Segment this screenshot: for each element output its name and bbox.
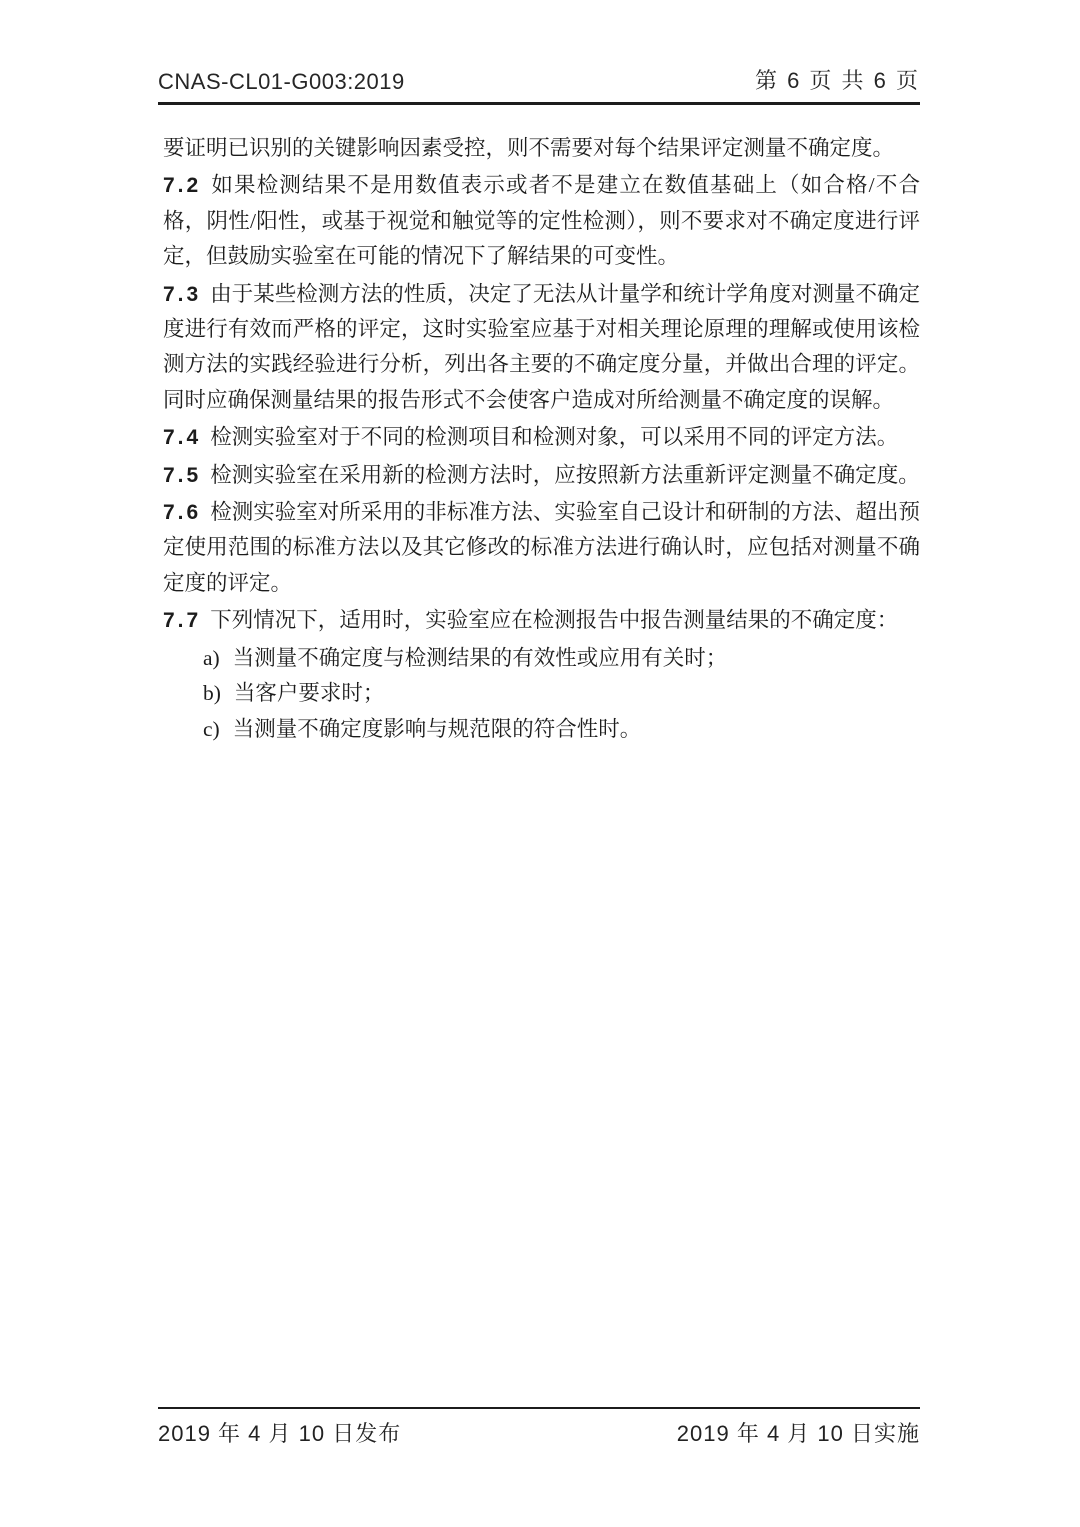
paragraph-7-2: 7.2如果检测结果不是用数值表示或者不是建立在数值基础上（如合格/不合格，阴性/… xyxy=(163,168,920,274)
paragraph-text: 下列情况下，适用时，实验室应在检测报告中报告测量结果的不确定度： xyxy=(210,608,898,632)
release-date: 2019 年 4 月 10 日发布 xyxy=(158,1417,401,1448)
paragraph-7-6: 7.6检测实验室对所采用的非标准方法、实验室自己设计和研制的方法、超出预定使用范… xyxy=(163,495,920,601)
section-number: 7.4 xyxy=(163,426,201,449)
paragraph-7-3: 7.3由于某些检测方法的性质，决定了无法从计量学和统计学角度对测量不确定度进行有… xyxy=(163,277,920,419)
page-footer: 2019 年 4 月 10 日发布 2019 年 4 月 10 日实施 xyxy=(158,1407,920,1448)
paragraph-text: 检测实验室在采用新的检测方法时，应按照新方法重新评定测量不确定度。 xyxy=(210,463,920,487)
page-indicator: 第 6 页 共 6 页 xyxy=(755,64,920,95)
list-item-b: b)当客户要求时； xyxy=(203,676,920,711)
paragraph-7-7: 7.7下列情况下，适用时，实验室应在检测报告中报告测量结果的不确定度： xyxy=(163,603,920,638)
list-item-text: 当测量不确定度影响与规范限的符合性时。 xyxy=(233,717,642,741)
section-number: 7.2 xyxy=(163,174,201,197)
paragraph-7-5: 7.5检测实验室在采用新的检测方法时，应按照新方法重新评定测量不确定度。 xyxy=(163,458,920,493)
document-body: 要证明已识别的关键影响因素受控，则不需要对每个结果评定测量不确定度。 7.2如果… xyxy=(163,131,920,747)
paragraph-text: 检测实验室对于不同的检测项目和检测对象，可以采用不同的评定方法。 xyxy=(210,425,898,449)
list-marker: b) xyxy=(203,681,221,705)
list-item-a: a)当测量不确定度与检测结果的有效性或应用有关时； xyxy=(203,641,920,676)
ordered-list: a)当测量不确定度与检测结果的有效性或应用有关时； b)当客户要求时； c)当测… xyxy=(203,641,920,747)
doc-number: CNAS-CL01-G003:2019 xyxy=(158,69,405,95)
section-number: 7.7 xyxy=(163,609,201,632)
paragraph-text: 要证明已识别的关键影响因素受控，则不需要对每个结果评定测量不确定度。 xyxy=(163,136,894,160)
paragraph-text: 由于某些检测方法的性质，决定了无法从计量学和统计学角度对测量不确定度进行有效而严… xyxy=(163,282,920,412)
list-marker: c) xyxy=(203,717,220,741)
list-marker: a) xyxy=(203,646,220,670)
implementation-date: 2019 年 4 月 10 日实施 xyxy=(677,1417,920,1448)
paragraph-7-4: 7.4检测实验室对于不同的检测项目和检测对象，可以采用不同的评定方法。 xyxy=(163,420,920,455)
page-header: CNAS-CL01-G003:2019 第 6 页 共 6 页 xyxy=(158,64,920,105)
section-number: 7.3 xyxy=(163,283,201,306)
paragraph-continuation: 要证明已识别的关键影响因素受控，则不需要对每个结果评定测量不确定度。 xyxy=(163,131,920,166)
section-number: 7.6 xyxy=(163,501,201,524)
paragraph-text: 如果检测结果不是用数值表示或者不是建立在数值基础上（如合格/不合格，阴性/阳性，… xyxy=(163,173,920,268)
document-page: CNAS-CL01-G003:2019 第 6 页 共 6 页 要证明已识别的关… xyxy=(0,0,1080,1527)
paragraph-text: 检测实验室对所采用的非标准方法、实验室自己设计和研制的方法、超出预定使用范围的标… xyxy=(163,500,920,595)
section-number: 7.5 xyxy=(163,464,201,487)
list-item-c: c)当测量不确定度影响与规范限的符合性时。 xyxy=(203,712,920,747)
list-item-text: 当客户要求时； xyxy=(234,681,385,705)
list-item-text: 当测量不确定度与检测结果的有效性或应用有关时； xyxy=(233,646,728,670)
